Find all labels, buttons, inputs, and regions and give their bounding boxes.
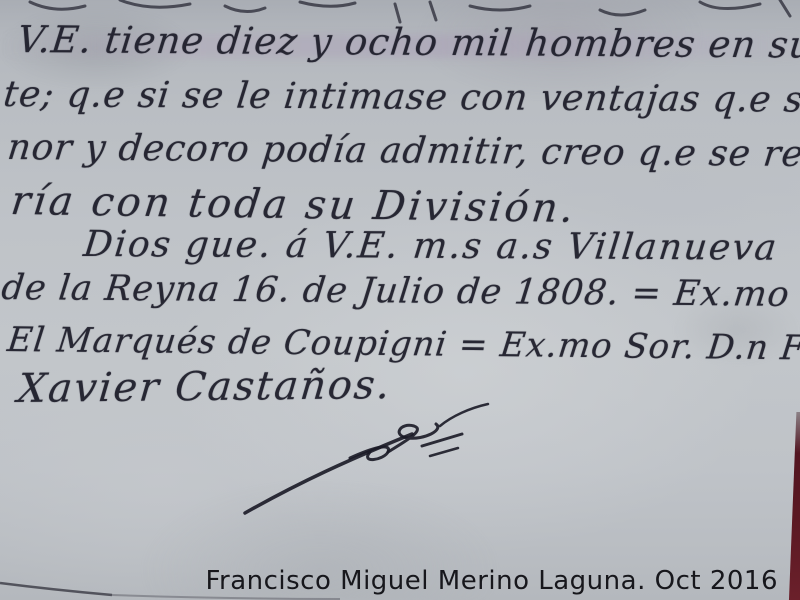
photo-caption: Francisco Miguel Merino Laguna. Oct 2016	[205, 566, 778, 596]
book-spine-strip	[788, 412, 800, 600]
manuscript-line: Xavier Castaños.	[16, 362, 394, 412]
manuscript-line: nor y decoro podía admitir, creo q.e se …	[5, 127, 800, 176]
manuscript-line: te; q.e si se le intimase con ventajas q…	[1, 74, 800, 121]
manuscript-line: V.E. tiene diez y ocho mil hombres en su…	[15, 18, 800, 67]
manuscript-line: de la Reyna 16. de Julio de 1808. = Ex.m…	[0, 268, 800, 316]
manuscript-photo: V.E. tiene diez y ocho mil hombres en su…	[0, 0, 800, 600]
manuscript-line: El Marqués de Coupigni = Ex.mo Sor. D.n …	[5, 320, 800, 370]
manuscript-line: Dios gue. á V.E. m.s a.s Villanueva	[81, 224, 780, 269]
